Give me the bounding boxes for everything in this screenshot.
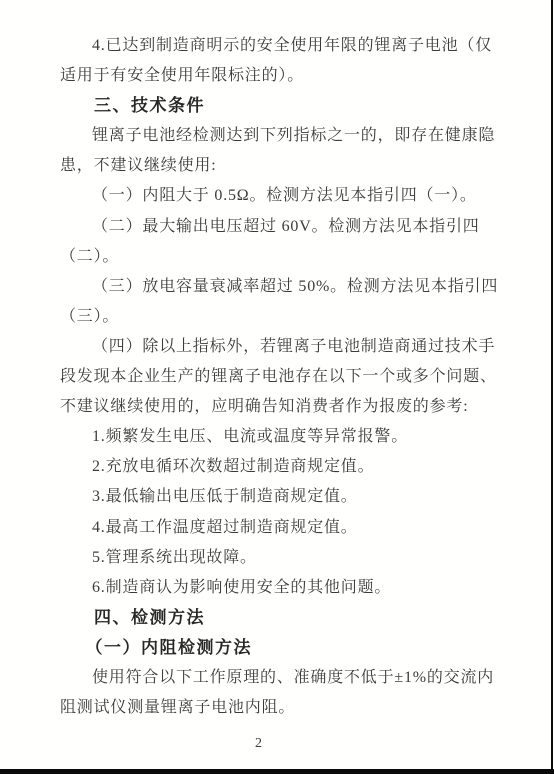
text-line: 3.最低输出电压低于制造商规定值。	[60, 482, 496, 512]
text-line: 2.充放电循环次数超过制造商规定值。	[60, 452, 496, 482]
scan-bottom-edge	[0, 769, 554, 774]
text-line: （一）内阻大于 0.5Ω。检测方法见本指引四（一）。	[60, 181, 496, 211]
text-line: （二）。	[60, 242, 496, 272]
text-line: 锂离子电池经检测达到下列指标之一的，即存在健康隐	[60, 121, 496, 151]
text-line: 适用于有安全使用年限标注的）。	[60, 61, 496, 91]
page-text-block: 4.已达到制造商明示的安全使用年限的锂离子电池（仅适用于有安全使用年限标注的）。…	[60, 31, 496, 723]
text-line: 4.已达到制造商明示的安全使用年限的锂离子电池（仅	[60, 31, 496, 61]
heading-line: 三、技术条件	[60, 91, 496, 121]
text-line: （四）除以上指标外，若锂离子电池制造商通过技术手	[60, 332, 496, 362]
text-line: 4.最高工作温度超过制造商规定值。	[60, 513, 496, 543]
text-line: （三）放电容量衰减率超过 50%。检测方法见本指引四	[60, 272, 496, 302]
text-line: 1.频繁发生电压、电流或温度等异常报警。	[60, 422, 496, 452]
text-line: 6.制造商认为影响使用安全的其他问题。	[60, 573, 496, 603]
heading-line: （一）内阻检测方法	[60, 633, 496, 663]
document-page: 4.已达到制造商明示的安全使用年限的锂离子电池（仅适用于有安全使用年限标注的）。…	[0, 0, 554, 774]
text-line: （三）。	[60, 302, 496, 332]
text-line: （二）最大输出电压超过 60V。检测方法见本指引四	[60, 212, 496, 242]
text-line: 段发现本企业生产的锂离子电池存在以下一个或多个问题、	[60, 362, 496, 392]
text-line: 不建议继续使用的，应明确告知消费者作为报废的参考:	[60, 392, 496, 422]
page-number: 2	[0, 736, 517, 752]
text-line: 患，不建议继续使用:	[60, 151, 496, 181]
text-line: 5.管理系统出现故障。	[60, 543, 496, 573]
text-line: 阻测试仪测量锂离子电池内阻。	[60, 693, 496, 723]
scan-right-edge	[551, 0, 553, 774]
text-line: 使用符合以下工作原理的、准确度不低于±1%的交流内	[60, 663, 496, 693]
heading-line: 四、检测方法	[60, 603, 496, 633]
